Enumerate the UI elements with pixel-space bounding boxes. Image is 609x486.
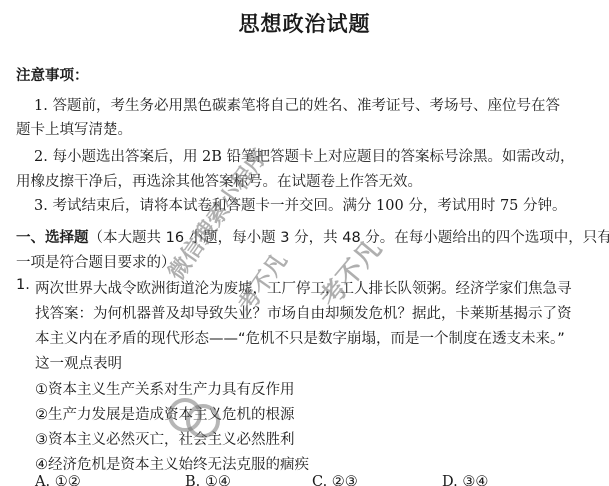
notice-1-line-1: 1. 答题前，考生务必用黑色碳素笔将自己的姓名、准考证号、考场号、座位号在答 xyxy=(34,94,560,115)
page-title: 思想政治试题 xyxy=(0,8,609,38)
option-b-label: B. xyxy=(185,474,200,486)
option-c-value: ②③ xyxy=(332,474,358,486)
exam-page: 思想政治试题 注意事项： 1. 答题前，考生务必用黑色碳素笔将自己的姓名、准考证… xyxy=(0,0,609,486)
statement-2: ②生产力发展是造成资本主义危机的根源 xyxy=(35,403,295,424)
option-b[interactable]: B. ①④ xyxy=(185,474,231,486)
section-heading: 一、选择题 xyxy=(16,230,89,246)
option-d[interactable]: D. ③④ xyxy=(442,474,488,486)
option-a-value: ①② xyxy=(55,474,81,486)
question-stem-line: 本主义内在矛盾的现代形态——“危机不只是数字崩塌，而是一个制度在透支未来。” xyxy=(35,327,565,348)
section-description: （本大题共 16 小题，每小题 3 分，共 48 分。在每小题给出的四个选项中，… xyxy=(89,230,609,246)
statement-4: ④经济危机是资本主义始终无法克服的痼疾 xyxy=(35,453,309,474)
section-header: 一、选择题（本大题共 16 小题，每小题 3 分，共 48 分。在每小题给出的四… xyxy=(16,226,609,247)
option-c-label: C. xyxy=(312,474,327,486)
option-c[interactable]: C. ②③ xyxy=(312,474,358,486)
option-a-label: A. xyxy=(35,474,50,486)
statement-1: ①资本主义生产关系对生产力具有反作用 xyxy=(35,378,295,399)
option-d-value: ③④ xyxy=(462,474,488,486)
question-1-number: 1. xyxy=(16,277,30,293)
option-b-value: ①④ xyxy=(205,474,231,486)
option-d-label: D. xyxy=(442,474,458,486)
statement-3: ③资本主义必然灭亡，社会主义必然胜利 xyxy=(35,428,295,449)
notice-2-line-1: 2. 每小题选出答案后，用 2B 铅笔把答题卡上对应题目的答案标号涂黑。如需改动… xyxy=(34,145,575,166)
question-stem-line: 这一观点表明 xyxy=(35,352,122,373)
notice-heading: 注意事项： xyxy=(16,64,89,85)
option-a[interactable]: A. ①② xyxy=(35,474,81,486)
notice-3-line-1: 3. 考试结束后，请将本试卷和答题卡一并交回。满分 100 分，考试用时 75 … xyxy=(34,194,567,215)
notice-1-line-2: 题卡上填写清楚。 xyxy=(16,118,132,139)
question-stem-line: 两次世界大战令欧洲街道沦为废墟，工厂停工，工人排长队领粥。经济学家们焦急寻 xyxy=(35,277,572,298)
notice-2-line-2: 用橡皮擦干净后，再选涂其他答案标号。在试题卷上作答无效。 xyxy=(16,170,422,191)
section-description-line-2: 一项是符合题目要求的） xyxy=(16,251,176,272)
question-stem-line: 找答案：为何机器普及却导致失业？市场自由却频发危机？据此，卡莱斯基揭示了资 xyxy=(35,302,572,323)
